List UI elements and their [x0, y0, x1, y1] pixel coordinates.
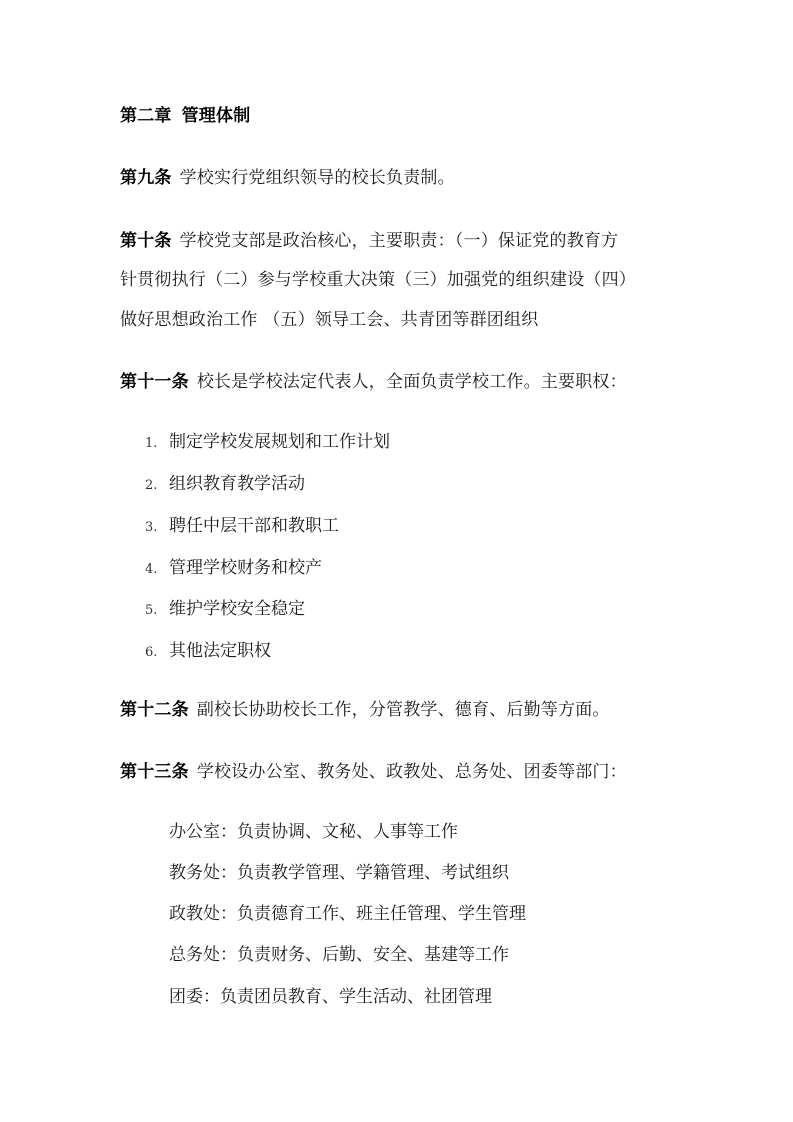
document-page: 第二章管理体制 第九条学校实行党组织领导的校长负责制。 第十条学校党支部是政治核…: [0, 0, 793, 1122]
department-item: 总务处：负责财务、后勤、安全、基建等工作: [169, 943, 509, 967]
list-text: 聘任中层干部和教职工: [169, 516, 339, 536]
article-text: 学校党支部是政治核心，主要职责：（一）保证党的教育方: [180, 231, 619, 251]
list-text: 组织教育教学活动: [169, 474, 305, 494]
article-10-line-3: 做好思想政治工作 （五）领导工会、共青团等群团组织: [120, 308, 538, 332]
article-label: 第九条: [120, 168, 172, 188]
list-text: 管理学校财务和校产: [169, 558, 322, 578]
list-item: 2.组织教育教学活动: [145, 472, 305, 498]
department-item: 团委：负责团员教育、学生活动、社团管理: [169, 985, 492, 1009]
list-number: 1.: [145, 432, 169, 456]
department-item: 教务处：负责教学管理、学籍管理、考试组织: [169, 861, 509, 885]
list-text: 制定学校发展规划和工作计划: [169, 432, 390, 452]
list-text: 维护学校安全稳定: [169, 599, 305, 619]
article-11: 第十一条校长是学校法定代表人，全面负责学校工作。主要职权：: [120, 370, 627, 394]
article-text: 学校设办公室、教务处、政教处、总务处、团委等部门：: [197, 762, 627, 782]
article-label: 第十一条: [120, 372, 189, 392]
article-text: 学校实行党组织领导的校长负责制。: [180, 168, 455, 188]
department-item: 办公室：负责协调、文秘、人事等工作: [169, 820, 458, 844]
chapter-heading: 第二章管理体制: [120, 104, 250, 128]
article-label: 第十三条: [120, 762, 189, 782]
article-text: 校长是学校法定代表人，全面负责学校工作。主要职权：: [197, 372, 627, 392]
list-item: 1.制定学校发展规划和工作计划: [145, 430, 390, 456]
list-number: 6.: [145, 641, 169, 665]
list-number: 5.: [145, 599, 169, 623]
list-text: 其他法定职权: [169, 641, 271, 661]
article-10-line-2: 针贯彻执行（二）参与学校重大决策（三）加强党的组织建设（四）: [120, 268, 636, 292]
chapter-number: 第二章: [120, 106, 172, 126]
list-number: 3.: [145, 516, 169, 540]
article-label: 第十条: [120, 231, 172, 251]
list-item: 3.聘任中层干部和教职工: [145, 514, 339, 540]
article-10: 第十条学校党支部是政治核心，主要职责：（一）保证党的教育方: [120, 229, 618, 253]
article-9: 第九条学校实行党组织领导的校长负责制。: [120, 166, 455, 190]
list-number: 2.: [145, 474, 169, 498]
list-number: 4.: [145, 558, 169, 582]
article-label: 第十二条: [120, 700, 189, 720]
article-text: 副校长协助校长工作，分管教学、德育、后勤等方面。: [197, 700, 610, 720]
department-item: 政教处：负责德育工作、班主任管理、学生管理: [169, 902, 526, 926]
article-12: 第十二条副校长协助校长工作，分管教学、德育、后勤等方面。: [120, 698, 610, 722]
article-13: 第十三条学校设办公室、教务处、政教处、总务处、团委等部门：: [120, 760, 627, 784]
list-item: 6.其他法定职权: [145, 639, 271, 665]
chapter-title: 管理体制: [182, 106, 251, 126]
list-item: 5.维护学校安全稳定: [145, 597, 305, 623]
list-item: 4.管理学校财务和校产: [145, 556, 322, 582]
